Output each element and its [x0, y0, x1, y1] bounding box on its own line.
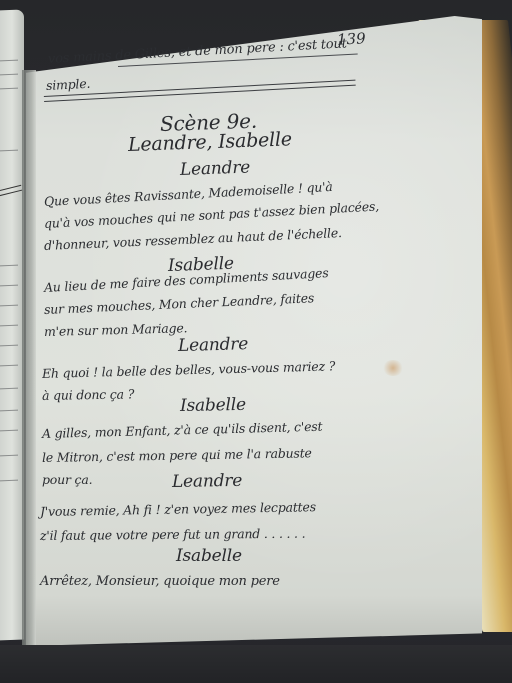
speaker-name: Leandre — [172, 471, 242, 492]
speaker-name: Leandre — [178, 334, 249, 356]
paper-stain — [382, 360, 404, 376]
speaker-name: Leandre — [180, 158, 251, 180]
text-line: pour ça. — [42, 472, 92, 487]
book-gutter — [22, 70, 36, 650]
text-line: simple. — [46, 76, 91, 93]
text-line: Arrêtez, Monsieur, quoique mon pere — [40, 574, 280, 589]
text-line: z'il faut que votre pere fut un grand . … — [40, 526, 305, 543]
facing-page-left — [0, 9, 24, 640]
speaker-name: Isabelle — [176, 546, 242, 566]
dark-surface — [0, 645, 512, 683]
text-line: à qui donc ça ? — [42, 386, 134, 403]
speaker-name: Isabelle — [180, 395, 246, 416]
